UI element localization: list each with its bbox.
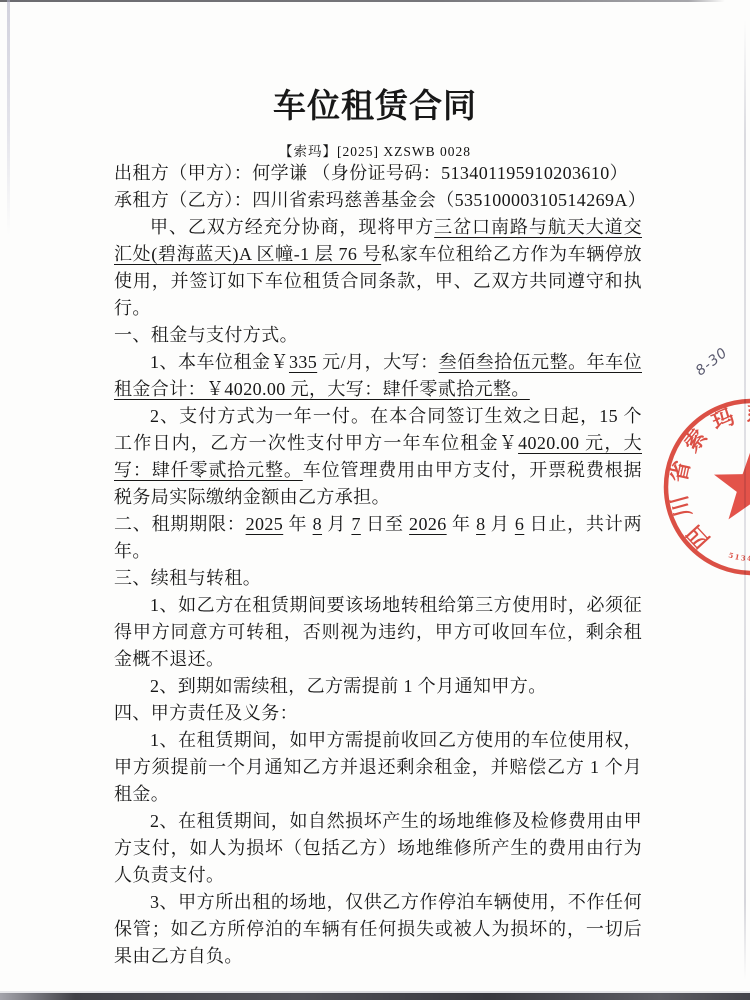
scan-bottom-edge-shadow	[0, 993, 750, 1000]
contract-paragraph: 二、租期期限：2025 年 8 月 7 日至 2026 年 8 月 6 日止，共…	[114, 511, 642, 565]
contract-paragraph: 2、在租赁期间，如自然损坏产生的场地维修及检修费用由甲方支付，如人为损坏（包括乙…	[114, 808, 642, 889]
paragraph-text: 月	[485, 514, 514, 534]
paragraph-text: 承租方（乙方）：四川省索玛慈善基金会（53510000310514269A）	[114, 190, 646, 210]
paragraph-text: 年	[447, 514, 476, 534]
paragraph-text: 1、在租赁期间，如甲方需提前收回乙方使用的车位使用权，甲方须提前一个月通知乙方并…	[114, 730, 642, 804]
contract-paragraph: 三、续租与转租。	[114, 565, 642, 592]
paragraph-text: 月	[322, 514, 351, 534]
filled-in-value: 2026	[409, 514, 447, 534]
contract-paragraph: 2、支付方式为一年一付。在本合同签订生效之日起，15 个工作日内，乙方一次性支付…	[114, 403, 642, 511]
seal-serial: 5134	[727, 550, 750, 563]
paragraph-text: 1、如乙方在租赁期间要该场地转租给第三方使用时，必须征得甲方同意方可转租，否则视…	[114, 595, 642, 669]
paragraph-text: 出租方（甲方）：何学谦 （身份证号码：513401195910203610）	[114, 163, 628, 183]
filled-in-value: 335	[289, 352, 317, 372]
contract-body: 出租方（甲方）：何学谦 （身份证号码：513401195910203610）承租…	[114, 160, 642, 970]
contract-paragraph: 1、本车位租金￥335 元/月，大写：叁佰叁拾伍元整。年车位租金合计：￥4020…	[114, 349, 642, 403]
contract-paragraph: 1、在租赁期间，如甲方需提前收回乙方使用的车位使用权，甲方须提前一个月通知乙方并…	[114, 727, 642, 808]
filled-in-value: 7	[351, 514, 360, 534]
scan-top-edge-shadow	[0, 0, 725, 2]
paragraph-text: 2、在租赁期间，如自然损坏产生的场地维修及检修费用由甲方支付，如人为损坏（包括乙…	[114, 811, 642, 885]
scanned-contract-page: 车位租赁合同 【索玛】[2025] XZSWB 0028 出租方（甲方）：何学谦…	[0, 0, 750, 1000]
filled-in-value: 8	[313, 514, 322, 534]
contract-paragraph: 四、甲方责任及义务：	[114, 700, 642, 727]
contract-paragraph: 3、甲方所出租的场地，仅供乙方作停泊车辆使用，不作任何保管；如乙方所停泊的车辆有…	[114, 889, 642, 970]
contract-paragraph: 甲、乙双方经充分协商，现将甲方三岔口南路与航天大道交汇处(碧海蓝天)A 区幢-1…	[114, 214, 642, 322]
paragraph-text: 3、甲方所出租的场地，仅供乙方作停泊车辆使用，不作任何保管；如乙方所停泊的车辆有…	[114, 892, 642, 966]
filled-in-value: 2025	[246, 514, 284, 534]
paragraph-text: 1、本车位租金￥	[150, 352, 289, 372]
svg-text:5134: 5134	[727, 550, 750, 563]
handwritten-note: 8-30	[693, 345, 731, 380]
paragraph-text: 元/月，大写：	[317, 352, 438, 372]
paragraph-text: 四、甲方责任及义务：	[114, 703, 298, 723]
contract-paragraph: 2、到期如需续租，乙方需提前 1 个月通知甲方。	[114, 673, 642, 700]
paragraph-text: 一、租金与支付方式。	[114, 325, 298, 345]
filled-in-value: 6	[515, 514, 524, 534]
seal-star-icon	[714, 447, 750, 519]
paragraph-text: 2、到期如需续租，乙方需提前 1 个月通知甲方。	[150, 676, 547, 696]
paragraph-text: 甲、乙双方经充分协商，现将甲方	[150, 217, 434, 237]
paragraph-text: 日至	[361, 514, 409, 534]
contract-paragraph: 一、租金与支付方式。	[114, 322, 642, 349]
contract-paragraph: 1、如乙方在租赁期间要该场地转租给第三方使用时，必须征得甲方同意方可转租，否则视…	[114, 592, 642, 673]
page-title: 车位租赁合同	[0, 84, 750, 130]
contract-paragraph: 承租方（乙方）：四川省索玛慈善基金会（53510000310514269A）	[114, 187, 642, 214]
paragraph-text: 三、续租与转租。	[114, 568, 261, 588]
contract-paragraph: 出租方（甲方）：何学谦 （身份证号码：513401195910203610）	[114, 160, 642, 187]
official-seal: 四川省索玛慈善基金会 5134	[657, 392, 750, 582]
doc-number: 【索玛】[2025] XZSWB 0028	[0, 140, 750, 160]
contract-header: 车位租赁合同 【索玛】[2025] XZSWB 0028	[0, 84, 750, 160]
paragraph-text: 年	[283, 514, 312, 534]
paragraph-text: 二、租期期限：	[114, 514, 246, 534]
